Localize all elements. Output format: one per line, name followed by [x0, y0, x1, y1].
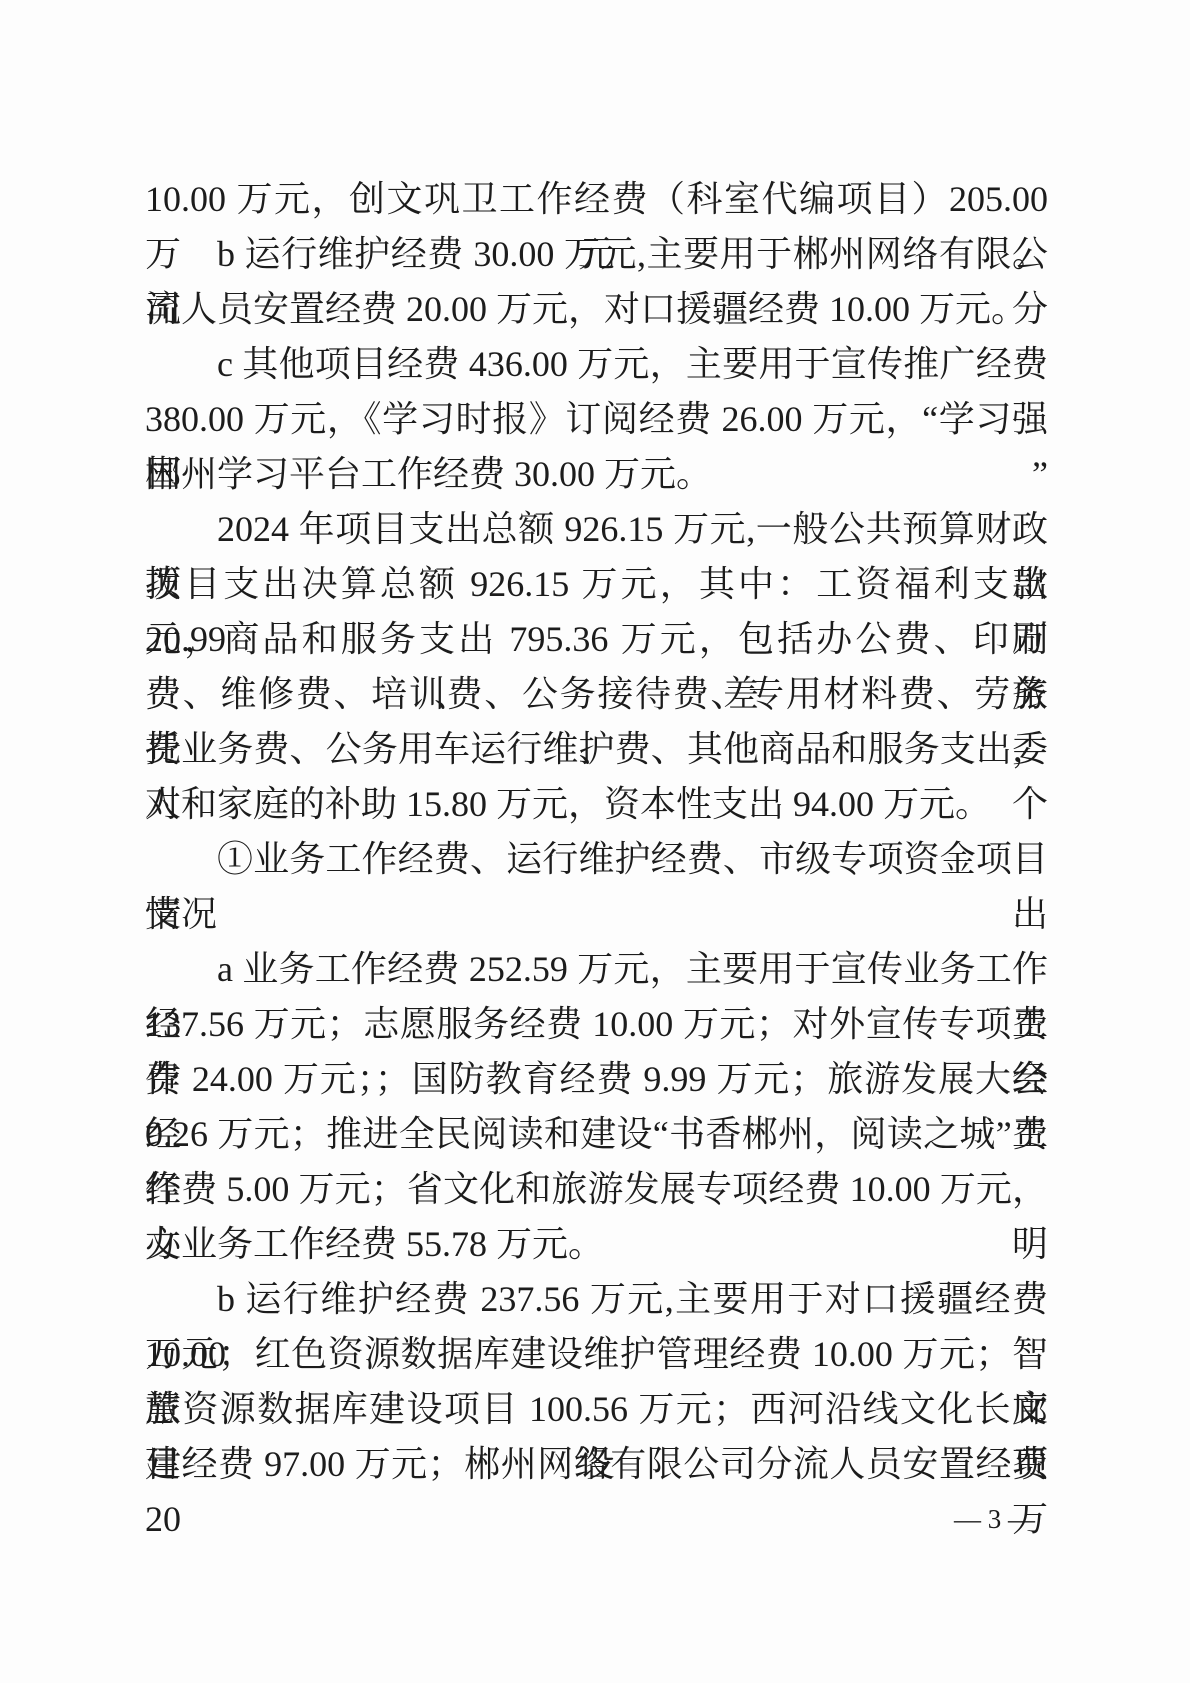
text-line: 流人员安置经费 20.00 万元，对口援疆经费 10.00 万元。: [145, 282, 1048, 337]
text-line: 380.00 万元，《学习时报》订阅经费 26.00 万元，“学习强国”: [145, 392, 1048, 447]
text-line: 137.56 万元；志愿服务经费 10.00 万元；对外宣传专项工作经: [145, 997, 1048, 1052]
text-line: 目经费 97.00 万元；郴州网络有限公司分流人员安置经费 20 万: [145, 1437, 1048, 1492]
text-line: 0.26 万元；推进全民阅读和建设“书香郴州，阅读之城”工作: [145, 1107, 1048, 1162]
document-page: 10.00 万元，创文巩卫工作经费（科室代编项目）205.00 万元。 b 运行…: [0, 0, 1190, 1683]
text-line: 2024 年项目支出总额 926.15 万元,一般公共预算财政拨款: [145, 502, 1048, 557]
text-line: 费 24.00 万元；；国防教育经费 9.99 万元；旅游发展大会经费: [145, 1052, 1048, 1107]
text-line: 元，商品和服务支出 795.36 万元，包括办公费、印刷费、差旅: [145, 612, 1048, 667]
document-body: 10.00 万元，创文巩卫工作经费（科室代编项目）205.00 万元。 b 运行…: [145, 172, 1048, 1492]
text-line: 10.00 万元，创文巩卫工作经费（科室代编项目）205.00 万元。: [145, 172, 1048, 227]
text-line: 项目支出决算总额 926.15 万元，其中：工资福利支出 20.99 万: [145, 557, 1048, 612]
page-footer: — 3 —: [954, 1503, 1035, 1535]
page-number: — 3 —: [954, 1504, 1035, 1534]
text-line: 人和家庭的补助 15.80 万元，资本性支出 94.00 万元。: [145, 777, 1048, 832]
text-line: 万元；红色资源数据库建设维护管理经费 10.00 万元；智慧文: [145, 1327, 1048, 1382]
text-line: a 业务工作经费 252.59 万元，主要用于宣传业务工作经费: [145, 942, 1048, 997]
text-line: c 其他项目经费 436.00 万元，主要用于宣传推广经费: [145, 337, 1048, 392]
text-line: b 运行维护经费 237.56 万元,主要用于对口援疆经费 10.00: [145, 1272, 1048, 1327]
text-line: ①业务工作经费、运行维护经费、市级专项资金项目支出: [145, 832, 1048, 887]
text-line: 经费 5.00 万元；省文化和旅游发展专项经费 10.00 万元，文明: [145, 1162, 1048, 1217]
text-line: b 运行维护经费 30.00 万元,主要用于郴州网络有限公司分: [145, 227, 1048, 282]
text-line: 旅资源数据库建设项目 100.56 万元；西河沿线文化长廊建设项: [145, 1382, 1048, 1437]
text-line: 费、维修费、培训费、公务接待费、专用材料费、劳务费、委: [145, 667, 1048, 722]
text-line: 托业务费、公务用车运行维护费、其他商品和服务支出，对个: [145, 722, 1048, 777]
